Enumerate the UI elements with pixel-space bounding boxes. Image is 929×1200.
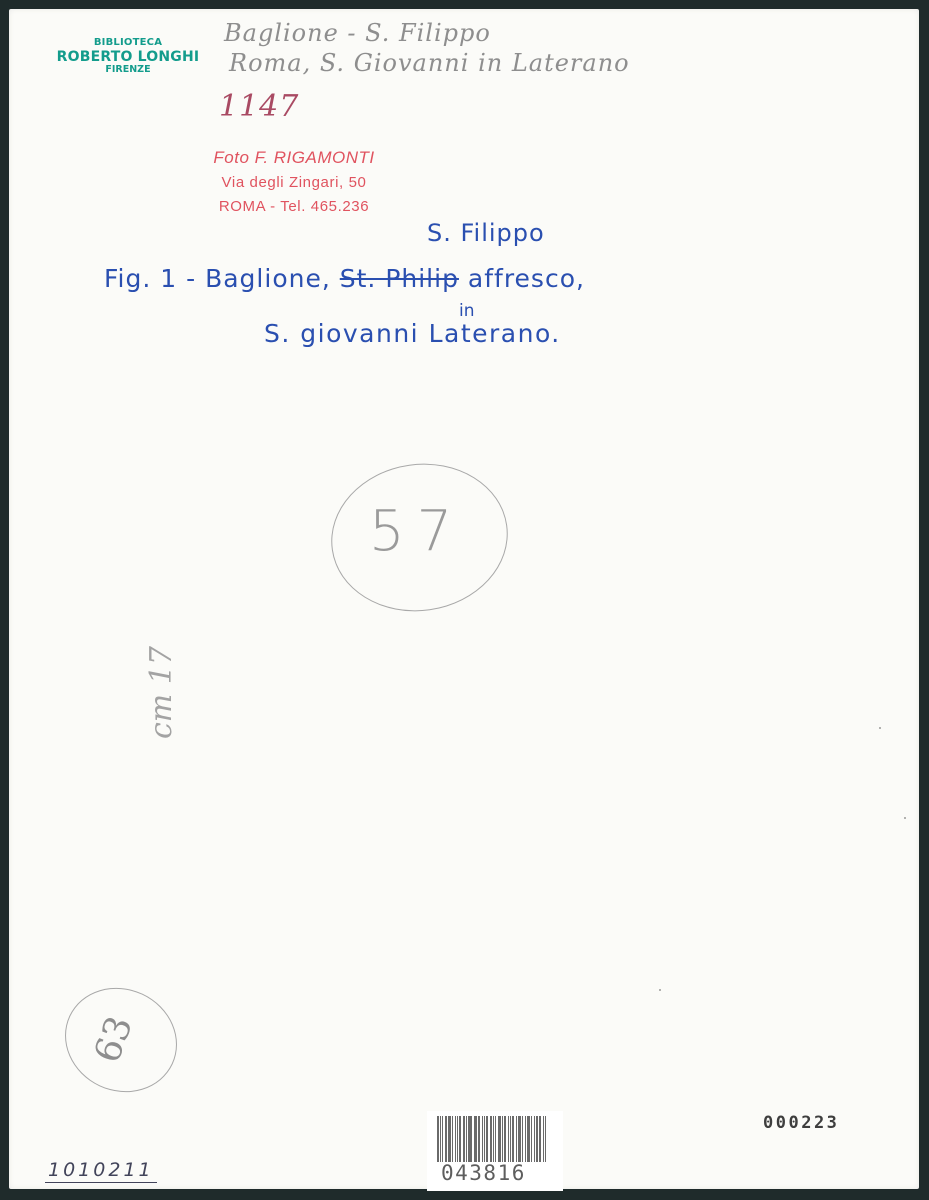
photographer-stamp-line1: Foto F. RIGAMONTI [179, 145, 409, 171]
speck [904, 817, 906, 819]
vertical-pencil-note: cm 17 [144, 646, 179, 739]
caption-line2: S. giovanni Laterano. [264, 319, 561, 348]
photo-back-sheet: BIBLIOTECA ROBERTO LONGHI FIRENZE Baglio… [9, 9, 919, 1189]
circled-number-center: 57 [369, 499, 464, 564]
library-stamp-line2: ROBERTO LONGHI [53, 49, 203, 65]
serial-number: 000223 [763, 1113, 839, 1133]
caption-line1-suffix: affresco, [459, 264, 585, 293]
library-stamp-line3: FIRENZE [53, 65, 203, 76]
caption-insert-above: S. Filippo [427, 219, 545, 247]
red-catalog-number: 1147 [219, 89, 299, 124]
inventory-number: 1010211 [45, 1159, 157, 1183]
speck [879, 727, 881, 729]
library-stamp-line1: BIBLIOTECA [53, 37, 203, 49]
pencil-header-line2: Roma, S. Giovanni in Laterano [229, 49, 630, 77]
speck [659, 989, 661, 991]
photographer-stamp-line3: ROMA - Tel. 465.236 [179, 195, 409, 218]
pencil-header-line1: Baglione - S. Filippo [224, 19, 491, 47]
barcode-label: 043816 [427, 1111, 563, 1191]
photographer-stamp-line2: Via degli Zingari, 50 [179, 171, 409, 194]
library-stamp: BIBLIOTECA ROBERTO LONGHI FIRENZE [53, 37, 203, 76]
caption-line1: Fig. 1 - Baglione, St. Philip affresco, [104, 264, 585, 293]
caption-insert-in: in [459, 301, 475, 321]
caption-line1-prefix: Fig. 1 - Baglione, [104, 264, 340, 293]
caption-line1-struck: St. Philip [340, 264, 459, 293]
photographer-stamp: Foto F. RIGAMONTI Via degli Zingari, 50 … [179, 145, 409, 218]
barcode-bars [437, 1116, 547, 1162]
barcode-number: 043816 [441, 1161, 526, 1185]
